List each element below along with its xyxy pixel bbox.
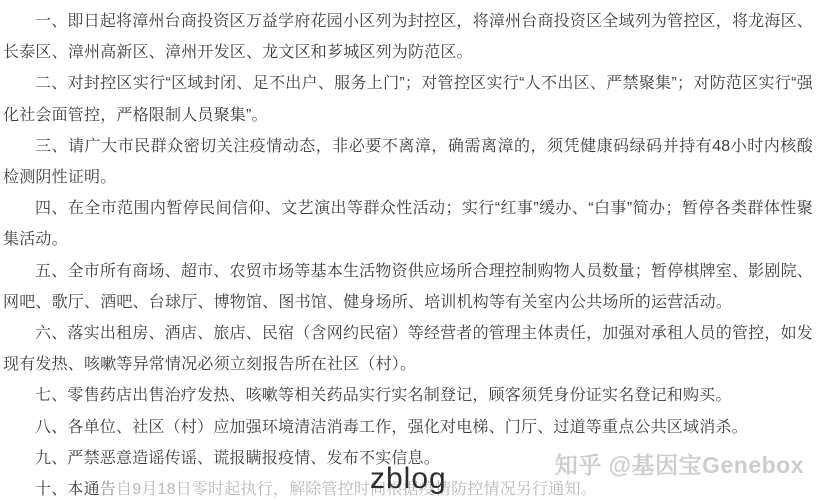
notice-paragraph: 二、对封控区实行“区域封闭、足不出户、服务上门”；对管控区实行“人不出区、严禁聚…: [3, 68, 813, 130]
notice-paragraph: 七、零售药店出售治疗发热、咳嗽等相关药品实行实名制登记，顾客须凭身份证实名登记和…: [3, 380, 813, 411]
zhihu-watermark: 知乎 @基因宝Genebox: [555, 451, 804, 479]
notice-body: 一、即日起将漳州台商投资区万益学府花园小区列为封控区，将漳州台商投资区全域列为管…: [3, 6, 813, 474]
notice-paragraph: 一、即日起将漳州台商投资区万益学府花园小区列为封控区，将漳州台商投资区全域列为管…: [3, 6, 813, 68]
notice-paragraph: 三、请广大市民群众密切关注疫情动态，非必要不离漳，确需离漳的，须凭健康码绿码并持…: [3, 131, 813, 193]
last-paragraph-dark-text: 十、本通: [35, 481, 100, 498]
notice-paragraph: 八、各单位、社区（村）应加强环境清洁消毒工作，强化对电梯、门厅、过道等重点公共区…: [3, 412, 813, 443]
notice-paragraph: 五、全市所有商场、超市、农贸市场等基本生活物资供应场所合理控制购物人员数量；暂停…: [3, 256, 813, 318]
notice-document: 一、即日起将漳州台商投资区万益学府花园小区列为封控区，将漳州台商投资区全域列为管…: [0, 0, 816, 500]
notice-paragraph: 四、在全市范围内暂停民间信仰、文艺演出等群众性活动；实行“红事”缓办、“白事”简…: [3, 193, 813, 255]
last-paragraph-mid-text: 告: [100, 481, 116, 498]
zblog-watermark: zblog: [370, 462, 447, 496]
notice-paragraph: 六、落实出租房、酒店、旅店、民宿（含网约民宿）等经营者的管理主体责任，加强对承租…: [3, 318, 813, 380]
last-paragraph-light-text: 自9月18日零时起执行，解除管控时间根据疫情防控情况另行通知。: [116, 481, 597, 498]
